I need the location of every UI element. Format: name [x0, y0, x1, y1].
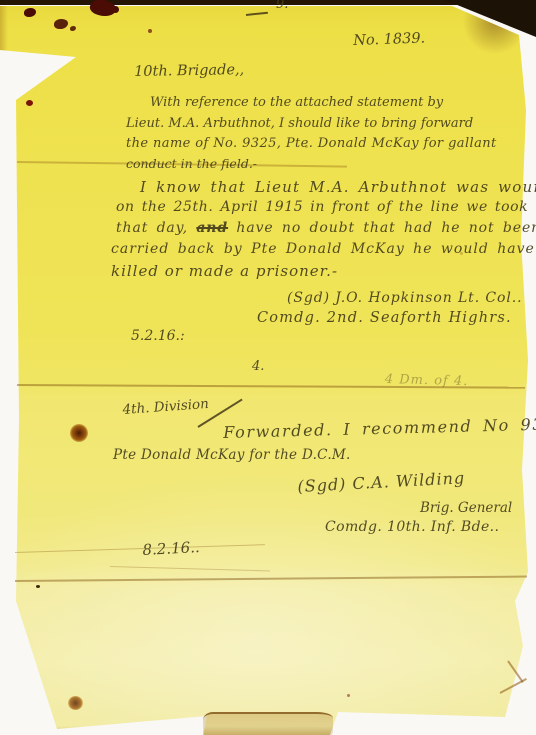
rust-stain-bottom — [68, 696, 83, 710]
body-line-1: With reference to the attached statement… — [150, 95, 443, 110]
ink-speck — [148, 29, 152, 33]
red-speck-left-edge — [26, 100, 33, 106]
body-line-3: the name of No. 9325, Pte. Donald McKay … — [126, 136, 497, 151]
struck-word: and — [196, 220, 228, 236]
scanned-letter-page: 9. No. 1839. 10th. Brigade,, With refere… — [0, 0, 536, 735]
ink-blot-curl — [112, 6, 119, 13]
date-8-2-16: 8.2.16.. — [142, 538, 200, 559]
body-line-8: carried back by Pte Donald McKay he woul… — [111, 241, 536, 257]
body-line-2: Lieut. M.A. Arbuthnot, I should like to … — [126, 116, 473, 131]
foxing-dot-1 — [347, 694, 350, 697]
signature-wilding-unit: Comdg. 10th. Inf. Bde.. — [325, 519, 499, 535]
body-line-9: killed or made a prisoner.- — [111, 262, 338, 280]
rust-stain-round — [70, 424, 88, 442]
torn-bottom-edge — [203, 712, 333, 735]
letter-paper — [0, 0, 536, 735]
fold-note-faint: 4 Dm. of 4. — [385, 372, 469, 389]
signature-hopkinson: (Sgd) J.O. Hopkinson Lt. Col.. — [287, 290, 522, 306]
addressee-line: 10th. Brigade,, — [134, 62, 244, 80]
body-line-7-post: have no doubt that had he not been — [228, 220, 536, 236]
date-5-2-16: 5.2.16.: — [131, 328, 185, 344]
body-line-5: I know that Lieut M.A. Arbuthnot was wou… — [140, 178, 536, 196]
signature-wilding-rank: Brig. General — [420, 500, 512, 516]
dark-speck — [36, 585, 40, 588]
fold-note-number: 4. — [252, 359, 264, 374]
endorsement-line-2: Pte Donald McKay for the D.C.M. — [113, 447, 351, 463]
body-line-7-pre: that day, — [116, 220, 196, 236]
reference-number: No. 1839. — [353, 30, 425, 48]
signature-hopkinson-unit: Comdg. 2nd. Seaforth Highrs. — [257, 310, 512, 326]
body-line-4: conduct in the field.- — [126, 156, 257, 171]
body-line-7: that day, and have no doubt that had he … — [116, 220, 536, 236]
page-number: 9. — [276, 0, 288, 12]
body-line-6: on the 25th. April 1915 in front of the … — [116, 199, 536, 215]
